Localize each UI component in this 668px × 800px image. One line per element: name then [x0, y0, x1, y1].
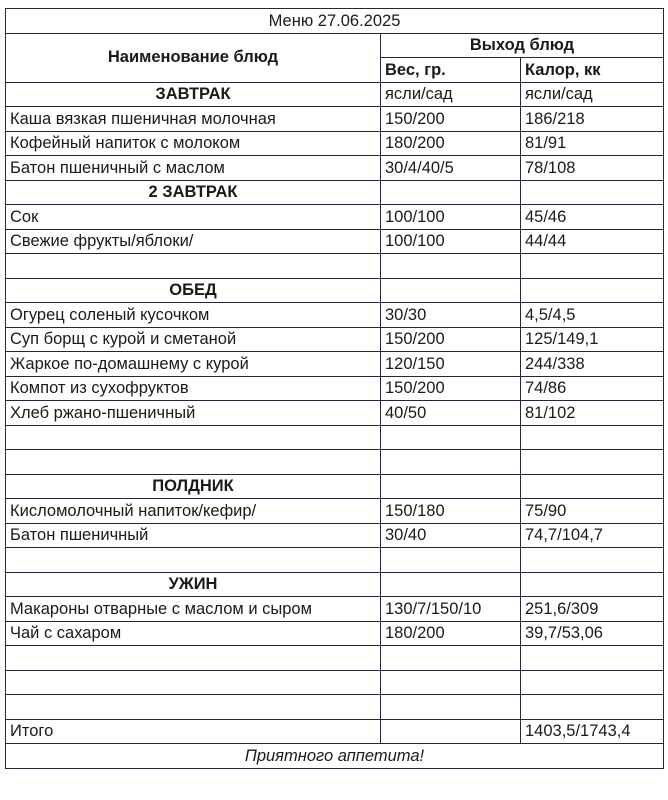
section-row: 2 ЗАВТРАК — [6, 180, 664, 205]
dish-calories — [521, 548, 664, 573]
meal-section-label: ЗАВТРАК — [6, 82, 381, 107]
dish-weight: 150/200 — [381, 376, 521, 401]
dish-name: Кисломолочный напиток/кефир/ — [6, 499, 381, 524]
dish-weight: 30/4/40/5 — [381, 156, 521, 181]
meal-section-label: ОБЕД — [6, 278, 381, 303]
footer-message: Приятного аппетита! — [6, 744, 664, 769]
dish-name: Сок — [6, 205, 381, 230]
dish-weight: ясли/сад — [381, 82, 521, 107]
empty-row — [6, 695, 664, 720]
table-row: Кисломолочный напиток/кефир/150/18075/90 — [6, 499, 664, 524]
dish-calories — [521, 670, 664, 695]
dish-name — [6, 548, 381, 573]
table-row: Макароны отварные с маслом и сыром130/7/… — [6, 597, 664, 622]
dish-calories: 75/90 — [521, 499, 664, 524]
dish-calories: 81/91 — [521, 131, 664, 156]
dish-weight — [381, 278, 521, 303]
dish-calories: 78/108 — [521, 156, 664, 181]
dish-name: Суп борщ с курой и сметаной — [6, 327, 381, 352]
empty-row — [6, 425, 664, 450]
dish-weight: 150/200 — [381, 327, 521, 352]
output-header: Выход блюд — [381, 33, 664, 58]
dish-name: Кофейный напиток с молоком — [6, 131, 381, 156]
dish-calories: 251,6/309 — [521, 597, 664, 622]
table-row: Батон пшеничный30/4074,7/104,7 — [6, 523, 664, 548]
dish-weight: 180/200 — [381, 131, 521, 156]
table-row: Свежие фрукты/яблоки/100/10044/44 — [6, 229, 664, 254]
dish-name: Свежие фрукты/яблоки/ — [6, 229, 381, 254]
dish-name: Чай с сахаром — [6, 621, 381, 646]
dish-name: Батон пшеничный с маслом — [6, 156, 381, 181]
table-row: Каша вязкая пшеничная молочная150/200186… — [6, 107, 664, 132]
dish-calories: 39,7/53,06 — [521, 621, 664, 646]
dish-calories — [521, 180, 664, 205]
dish-calories — [521, 450, 664, 475]
dish-name — [6, 425, 381, 450]
weight-header: Вес, гр. — [381, 58, 521, 83]
dish-calories: 74,7/104,7 — [521, 523, 664, 548]
header-row: Наименование блюд Выход блюд — [6, 33, 664, 58]
empty-row — [6, 254, 664, 279]
dish-calories: 81/102 — [521, 401, 664, 426]
table-row: Хлеб ржано-пшеничный40/5081/102 — [6, 401, 664, 426]
meal-section-label: ПОЛДНИК — [6, 474, 381, 499]
meal-section-label: 2 ЗАВТРАК — [6, 180, 381, 205]
section-row: ЗАВТРАКясли/садясли/сад — [6, 82, 664, 107]
dish-name — [6, 254, 381, 279]
dish-calories — [521, 646, 664, 671]
empty-row — [6, 670, 664, 695]
section-row: УЖИН — [6, 572, 664, 597]
dish-weight — [381, 474, 521, 499]
table-row: Чай с сахаром180/20039,7/53,06 — [6, 621, 664, 646]
dish-weight — [381, 425, 521, 450]
dish-calories — [521, 474, 664, 499]
dish-weight: 40/50 — [381, 401, 521, 426]
table-row: Батон пшеничный с маслом30/4/40/578/108 — [6, 156, 664, 181]
dish-weight: 100/100 — [381, 205, 521, 230]
dish-calories: 244/338 — [521, 352, 664, 377]
dish-calories — [521, 572, 664, 597]
dish-calories: 45/46 — [521, 205, 664, 230]
section-row: ОБЕД — [6, 278, 664, 303]
dish-calories: 125/149,1 — [521, 327, 664, 352]
dish-calories — [521, 425, 664, 450]
dish-calories: 44/44 — [521, 229, 664, 254]
dish-weight: 180/200 — [381, 621, 521, 646]
dish-name: Макароны отварные с маслом и сыром — [6, 597, 381, 622]
table-row: Суп борщ с курой и сметаной150/200125/14… — [6, 327, 664, 352]
dish-name: Батон пшеничный — [6, 523, 381, 548]
dish-name: Итого — [6, 719, 381, 744]
dish-weight — [381, 646, 521, 671]
dish-weight — [381, 572, 521, 597]
dish-weight: 130/7/150/10 — [381, 597, 521, 622]
empty-row — [6, 646, 664, 671]
dish-weight — [381, 548, 521, 573]
meal-section-label: УЖИН — [6, 572, 381, 597]
menu-table: Меню 27.06.2025 Наименование блюд Выход … — [5, 8, 664, 769]
dish-calories: 74/86 — [521, 376, 664, 401]
dish-weight — [381, 695, 521, 720]
calories-header: Калор, кк — [521, 58, 664, 83]
dish-weight: 100/100 — [381, 229, 521, 254]
dish-weight — [381, 180, 521, 205]
table-row: Огурец соленый кусочком30/304,5/4,5 — [6, 303, 664, 328]
dish-name — [6, 450, 381, 475]
dish-calories — [521, 278, 664, 303]
footer-row: Приятного аппетита! — [6, 744, 664, 769]
dish-calories: 4,5/4,5 — [521, 303, 664, 328]
table-row: Компот из сухофруктов150/20074/86 — [6, 376, 664, 401]
dish-weight: 30/40 — [381, 523, 521, 548]
dish-weight: 30/30 — [381, 303, 521, 328]
dish-name: Хлеб ржано-пшеничный — [6, 401, 381, 426]
dish-weight — [381, 450, 521, 475]
dish-weight: 150/180 — [381, 499, 521, 524]
dish-name: Каша вязкая пшеничная молочная — [6, 107, 381, 132]
dish-name: Огурец соленый кусочком — [6, 303, 381, 328]
dish-name: Компот из сухофруктов — [6, 376, 381, 401]
dish-name — [6, 695, 381, 720]
dish-weight: 150/200 — [381, 107, 521, 132]
dish-calories: ясли/сад — [521, 82, 664, 107]
dish-name — [6, 646, 381, 671]
dish-name: Жаркое по-домашнему с курой — [6, 352, 381, 377]
menu-title: Меню 27.06.2025 — [6, 9, 664, 34]
table-row: Кофейный напиток с молоком180/20081/91 — [6, 131, 664, 156]
section-row: ПОЛДНИК — [6, 474, 664, 499]
dish-weight — [381, 719, 521, 744]
table-row: Жаркое по-домашнему с курой120/150244/33… — [6, 352, 664, 377]
dish-name — [6, 670, 381, 695]
title-row: Меню 27.06.2025 — [6, 9, 664, 34]
dish-calories: 1403,5/1743,4 — [521, 719, 664, 744]
empty-row — [6, 450, 664, 475]
dish-calories — [521, 695, 664, 720]
dish-weight — [381, 254, 521, 279]
empty-row — [6, 548, 664, 573]
table-row: Итого1403,5/1743,4 — [6, 719, 664, 744]
dish-calories: 186/218 — [521, 107, 664, 132]
dish-weight: 120/150 — [381, 352, 521, 377]
table-row: Сок100/10045/46 — [6, 205, 664, 230]
dish-name-header: Наименование блюд — [6, 33, 381, 82]
dish-calories — [521, 254, 664, 279]
dish-weight — [381, 670, 521, 695]
